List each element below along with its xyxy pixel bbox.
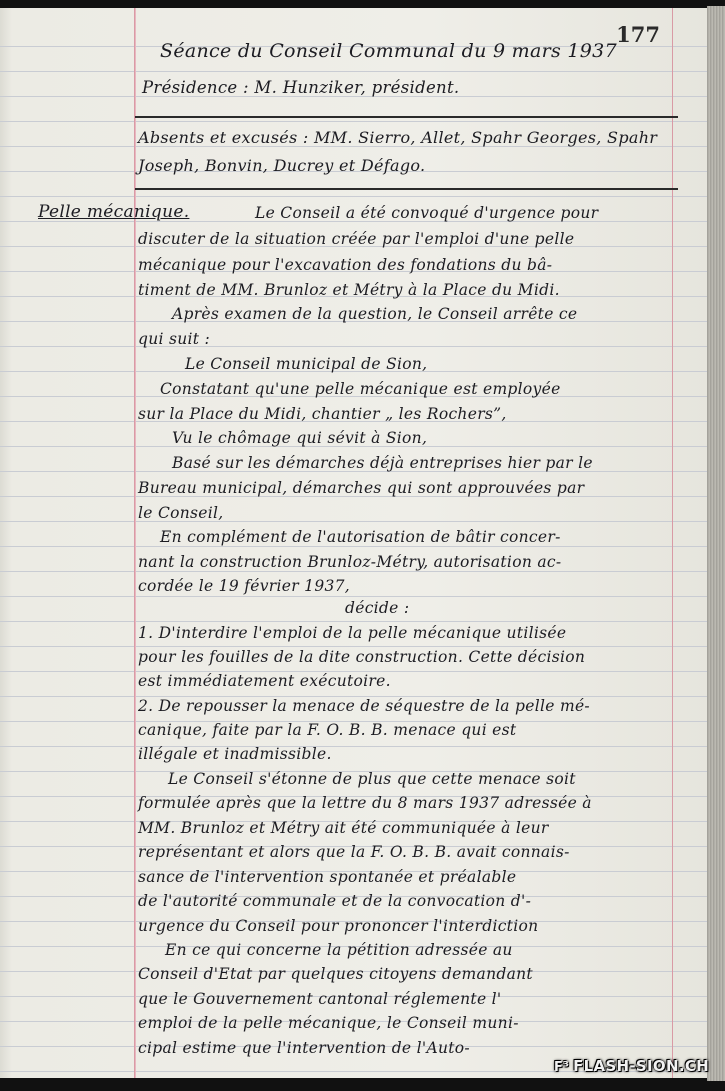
text-line: sance de l'intervention spontanée et pré… [138, 868, 516, 886]
absences-divider [135, 188, 678, 190]
text-line: cipal estime que l'intervention de l'Aut… [138, 1039, 470, 1057]
text-line: Le Conseil s'étonne de plus que cette me… [168, 770, 576, 788]
right-margin-line [672, 8, 673, 1078]
side-heading-pelle-mecanique: Pelle mécanique. [38, 202, 189, 222]
watermark-text: FLASH-SION.CH [573, 1057, 709, 1075]
text-line: canique, faite par la F. O. B. B. menace… [138, 721, 516, 739]
text-line: le Conseil, [138, 504, 224, 522]
text-line: sur la Place du Midi, chantier „ les Roc… [138, 405, 507, 423]
decision-heading: décide : [345, 599, 409, 617]
decision-item-1: 1. D'interdire l'emploi de la pelle méca… [138, 624, 566, 642]
decision-item-2: 2. De repousser la menace de séquestre d… [138, 697, 590, 715]
meeting-title: Séance du Conseil Communal du 9 mars 193… [160, 40, 617, 62]
text-line: représentant et alors que la F. O. B. B.… [138, 843, 570, 861]
presidency-line: Présidence : M. Hunziker, président. [142, 78, 459, 97]
absences-line-1: Absents et excusés : MM. Sierro, Allet, … [138, 128, 657, 147]
watermark: F³FLASH-SION.CH [554, 1057, 709, 1075]
text-line: Basé sur les démarches déjà entreprises … [172, 454, 593, 472]
page-stack-edge [707, 6, 725, 1081]
text-line: que le Gouvernement cantonal réglemente … [138, 990, 501, 1008]
text-line: MM. Brunloz et Métry ait été communiquée… [138, 819, 549, 837]
flash-sion-logo-icon: F³ [554, 1060, 569, 1075]
text-line: est immédiatement exécutoire. [138, 672, 391, 690]
text-line: En complément de l'autorisation de bâtir… [160, 528, 561, 546]
text-line: Après examen de la question, le Conseil … [172, 305, 577, 323]
text-line: discuter de la situation créée par l'emp… [138, 230, 574, 248]
text-line: En ce qui concerne la pétition adressée … [165, 941, 513, 959]
text-line: pour les fouilles de la dite constructio… [138, 648, 585, 666]
ledger-page: 177 Séance du Conseil Communal du 9 mars… [0, 8, 710, 1078]
text-line: cordée le 19 février 1937, [138, 577, 350, 595]
left-margin-line [134, 8, 135, 1078]
text-line: de l'autorité communale et de la convoca… [138, 892, 531, 910]
text-line: emploi de la pelle mécanique, le Conseil… [138, 1014, 519, 1032]
text-line: illégale et inadmissible. [138, 745, 332, 763]
text-line: urgence du Conseil pour prononcer l'inte… [138, 917, 538, 935]
text-line: timent de MM. Brunloz et Métry à la Plac… [138, 281, 560, 299]
text-line: Conseil d'Etat par quelques citoyens dem… [138, 965, 533, 983]
page-number: 177 [616, 22, 660, 47]
text-line: Constatant qu'une pelle mécanique est em… [160, 380, 561, 398]
header-divider [135, 116, 678, 118]
text-line: Le Conseil a été convoqué d'urgence pour [255, 204, 598, 222]
text-line: Bureau municipal, démarches qui sont app… [138, 479, 584, 497]
text-line: Le Conseil municipal de Sion, [185, 355, 427, 373]
text-line: mécanique pour l'excavation des fondatio… [138, 256, 552, 274]
absences-line-2: Joseph, Bonvin, Ducrey et Défago. [138, 156, 425, 175]
text-line: qui suit : [138, 330, 210, 348]
text-line: formulée après que la lettre du 8 mars 1… [138, 794, 592, 812]
text-line: Vu le chômage qui sévit à Sion, [172, 429, 427, 447]
text-line: nant la construction Brunloz-Métry, auto… [138, 553, 561, 571]
